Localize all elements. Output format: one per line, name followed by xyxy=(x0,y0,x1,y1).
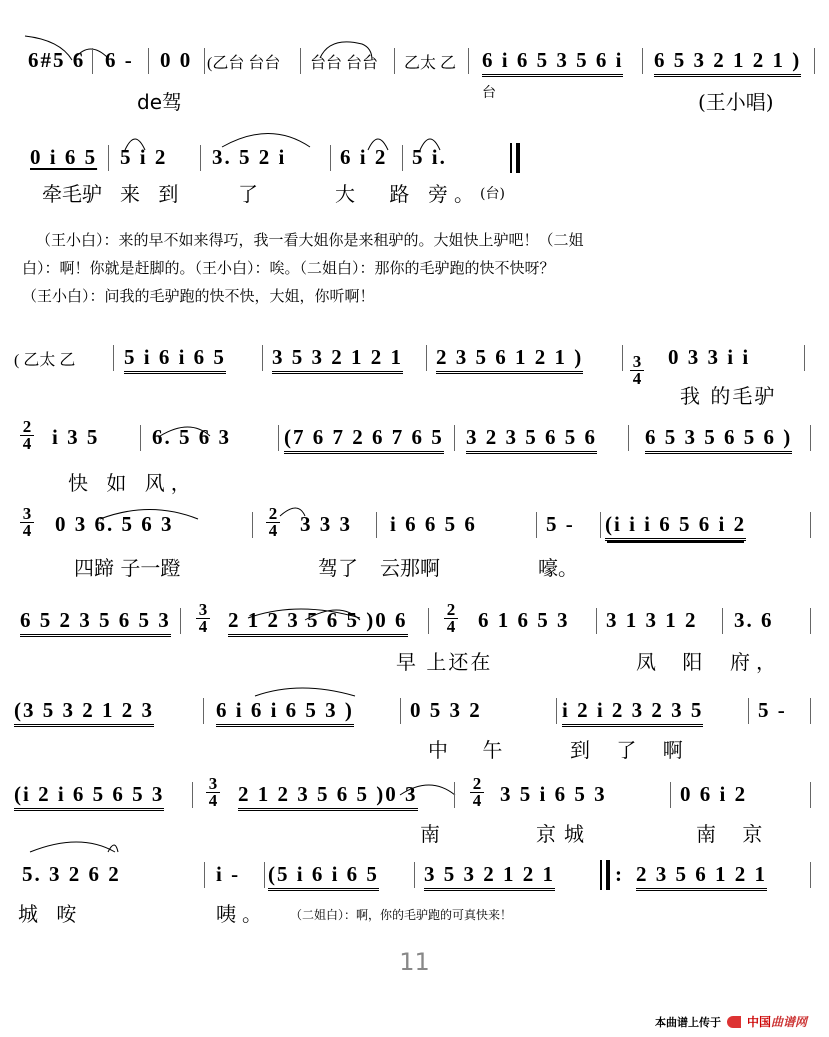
measure-5-5: (i i i 6 5 6 i 2 xyxy=(605,512,746,541)
barline xyxy=(642,48,643,74)
barline xyxy=(810,862,811,888)
page-number: 11 xyxy=(0,948,829,976)
lyric-4-1: 快 如 风， xyxy=(68,467,197,496)
measure-2-5: 5 i. xyxy=(412,145,447,170)
lyric-8-4: 南 京 xyxy=(696,818,772,847)
measure-7-4: i 2 i 2 3 2 3 5 xyxy=(562,698,703,727)
dialog-line: 白）：啊！你就是赶脚的。（王小白）：唉。（二姐白）：那你的毛驴跑的快不快呀？ xyxy=(22,254,802,282)
measure-1-7: 6 i 6 5 3 5 6 i xyxy=(482,48,623,77)
measure-2-1: 0 i 6 5 xyxy=(30,145,97,170)
lyric-5-2: 驾了 xyxy=(318,552,358,581)
site-name-b: 曲谱网 xyxy=(771,1013,807,1030)
time-signature: 24 xyxy=(470,776,484,809)
measure-9-5: 2 3 5 6 1 2 1 xyxy=(636,862,767,891)
measure-3-4: 2 3 5 6 1 2 1 ) xyxy=(436,345,583,374)
final-barline xyxy=(510,143,518,173)
barline xyxy=(804,345,805,371)
measure-1-4: (乙台 台台 xyxy=(207,50,280,73)
barline xyxy=(394,48,395,74)
barline xyxy=(810,608,811,634)
measure-5-1: 0 3 6. 5 6 3 xyxy=(55,512,174,537)
measure-7-1: (3 5 3 2 1 2 3 xyxy=(14,698,154,727)
barline xyxy=(203,698,204,724)
time-signature: 34 xyxy=(196,602,210,635)
lyric-1-8: (王小唱) xyxy=(698,86,774,115)
barline xyxy=(262,345,263,371)
lyric-5-4: 嚎。 xyxy=(538,552,578,581)
measure-3-2: 5 i 6 i 6 5 xyxy=(124,345,226,374)
site-logo-icon xyxy=(727,1016,741,1028)
measure-6-2: 2 1 2 3 5 6 5 )0 6 xyxy=(228,608,408,637)
barline xyxy=(180,608,181,634)
measure-5-4: 5 - xyxy=(546,512,575,537)
lyric-5-3: 云那啊 xyxy=(380,552,440,581)
lyric-2-2: 来 到 xyxy=(120,178,184,207)
lyric-6-4: 凤 阳 xyxy=(636,646,712,675)
end-mark-tai: (台) xyxy=(480,183,505,203)
lyric-1-3: de驾 xyxy=(137,86,182,115)
barline xyxy=(454,425,455,451)
repeat-dots: : xyxy=(615,862,624,887)
barline xyxy=(92,48,93,74)
measure-7-2: 6 i 6 i 6 5 3 ) xyxy=(216,698,354,727)
barline xyxy=(622,345,623,371)
measure-9-2: i - xyxy=(216,862,240,887)
measure-5-3: i 6 6 5 6 xyxy=(390,512,477,537)
lyric-2-1: 牵毛驴 xyxy=(42,178,102,207)
measure-3-1: ( 乙太 乙 xyxy=(14,347,75,370)
lyric-7-4: 到 了 啊 xyxy=(570,734,693,763)
barline xyxy=(670,782,671,808)
barline xyxy=(596,608,597,634)
lyric-2-3: 了 xyxy=(238,178,264,207)
lyric-6-3: 早 上还在 xyxy=(396,646,492,675)
lyric-8-3: 京城 xyxy=(536,818,592,847)
barline xyxy=(454,782,455,808)
measure-3-3: 3 5 3 2 1 2 1 xyxy=(272,345,403,374)
time-signature: 34 xyxy=(206,776,220,809)
measure-1-8: 6 5 3 2 1 2 1 ) xyxy=(654,48,801,77)
measure-9-3: (5 i 6 i 6 5 xyxy=(268,862,379,891)
lyric-5-1: 四蹄 子一蹬 xyxy=(74,552,180,581)
measure-8-2: 2 1 2 3 5 6 5 )0 3 xyxy=(238,782,418,811)
barline xyxy=(536,512,537,538)
lyric-8-2: 南 xyxy=(420,818,446,847)
upload-text: 本曲谱上传于 xyxy=(655,1014,721,1030)
barline xyxy=(140,425,141,451)
barline xyxy=(204,862,205,888)
lyric-7-3: 中 午 xyxy=(428,734,516,763)
measure-1-5: 台台 台台 xyxy=(310,50,378,73)
measure-1-1: 6#5 6 xyxy=(28,48,85,73)
barline xyxy=(400,698,401,724)
measure-4-2: 6. 5 6 3 xyxy=(152,425,231,450)
measure-9-4: 3 5 3 2 1 2 1 xyxy=(424,862,555,891)
lyric-9-2: 咦。 xyxy=(216,898,268,927)
barline xyxy=(628,425,629,451)
barline xyxy=(108,145,109,171)
barline xyxy=(810,782,811,808)
dialog-line: （王小白）：问我的毛驴跑的快不快，大姐，你听啊！ xyxy=(22,282,802,310)
measure-8-4: 0 6 i 2 xyxy=(680,782,747,807)
measure-8-3: 3 5 i 6 5 3 xyxy=(500,782,607,807)
barline xyxy=(810,425,811,451)
barline xyxy=(192,782,193,808)
measure-2-3: 3. 5 2 i xyxy=(212,145,286,170)
measure-1-6: 乙太 乙 xyxy=(404,50,456,73)
barline xyxy=(600,512,601,538)
barline xyxy=(428,608,429,634)
lyric-9-1: 城 咹 xyxy=(18,898,82,927)
measure-2-4: 6 i 2 xyxy=(340,145,387,170)
measure-6-4: 3 1 3 1 2 xyxy=(606,608,698,633)
measure-7-3: 0 5 3 2 xyxy=(410,698,482,723)
measure-6-1: 6 5 2 3 5 6 5 3 xyxy=(20,608,171,637)
barline xyxy=(810,698,811,724)
measure-8-1: (i 2 i 6 5 6 5 3 xyxy=(14,782,164,811)
barline xyxy=(200,145,201,171)
dialog-block: （王小白）：来的早不如来得巧，我一看大姐你是来租驴的。大姐快上驴吧！（二姐 白）… xyxy=(22,226,802,310)
barline xyxy=(252,512,253,538)
dialog-line: （王小白）：来的早不如来得巧，我一看大姐你是来租驴的。大姐快上驴吧！（二姐 xyxy=(22,226,802,254)
measure-9-1: 5. 3 2 6 2 xyxy=(22,862,121,887)
measure-6-3: 6 1 6 5 3 xyxy=(478,608,570,633)
lyric-2-5: 旁。 xyxy=(428,178,480,207)
lyric-3-5: 我 的毛驴 xyxy=(680,380,776,409)
barline xyxy=(426,345,427,371)
barline xyxy=(748,698,749,724)
barline xyxy=(722,608,723,634)
barline xyxy=(330,145,331,171)
barline xyxy=(264,862,265,888)
time-signature: 24 xyxy=(20,419,34,452)
barline xyxy=(468,48,469,74)
barline xyxy=(204,48,205,74)
measure-4-3: (7 6 7 2 6 7 6 5 xyxy=(284,425,444,454)
measure-2-2: 5 i 2 xyxy=(120,145,167,170)
barline xyxy=(148,48,149,74)
lyric-1-7: 台 xyxy=(482,82,496,102)
barline xyxy=(300,48,301,74)
measure-4-4: 3 2 3 5 6 5 6 xyxy=(466,425,597,454)
barline xyxy=(414,862,415,888)
barline xyxy=(113,345,114,371)
time-signature: 34 xyxy=(20,506,34,539)
aside-dialog: （二姐白）：啊，你的毛驴跑的可真快来！ xyxy=(290,906,512,923)
measure-4-1: i 3 5 xyxy=(52,425,99,450)
lyric-6-5: 府， xyxy=(730,646,782,675)
measure-4-5: 6 5 3 5 6 5 6 ) xyxy=(645,425,792,454)
barline xyxy=(278,425,279,451)
time-signature: 3/434 xyxy=(630,339,644,387)
barline xyxy=(814,48,815,74)
barline xyxy=(556,698,557,724)
measure-1-2: 6 - xyxy=(105,48,134,73)
time-signature: 24 xyxy=(266,506,280,539)
repeat-start-barline xyxy=(600,860,608,890)
measure-6-5: 3. 6 xyxy=(734,608,774,633)
measure-5-2: 3 3 3 xyxy=(300,512,352,537)
barline xyxy=(810,512,811,538)
barline xyxy=(402,145,403,171)
footer-credit: 本曲谱上传于 中国曲谱网 xyxy=(655,1013,807,1030)
time-signature: 24 xyxy=(444,602,458,635)
measure-1-3: 0 0 xyxy=(160,48,192,73)
measure-3-5: 0 3 3 i i xyxy=(668,345,750,370)
site-name-a: 中国 xyxy=(747,1013,771,1030)
lyric-2-4: 大 路 xyxy=(335,178,423,207)
barline xyxy=(376,512,377,538)
measure-7-5: 5 - xyxy=(758,698,787,723)
